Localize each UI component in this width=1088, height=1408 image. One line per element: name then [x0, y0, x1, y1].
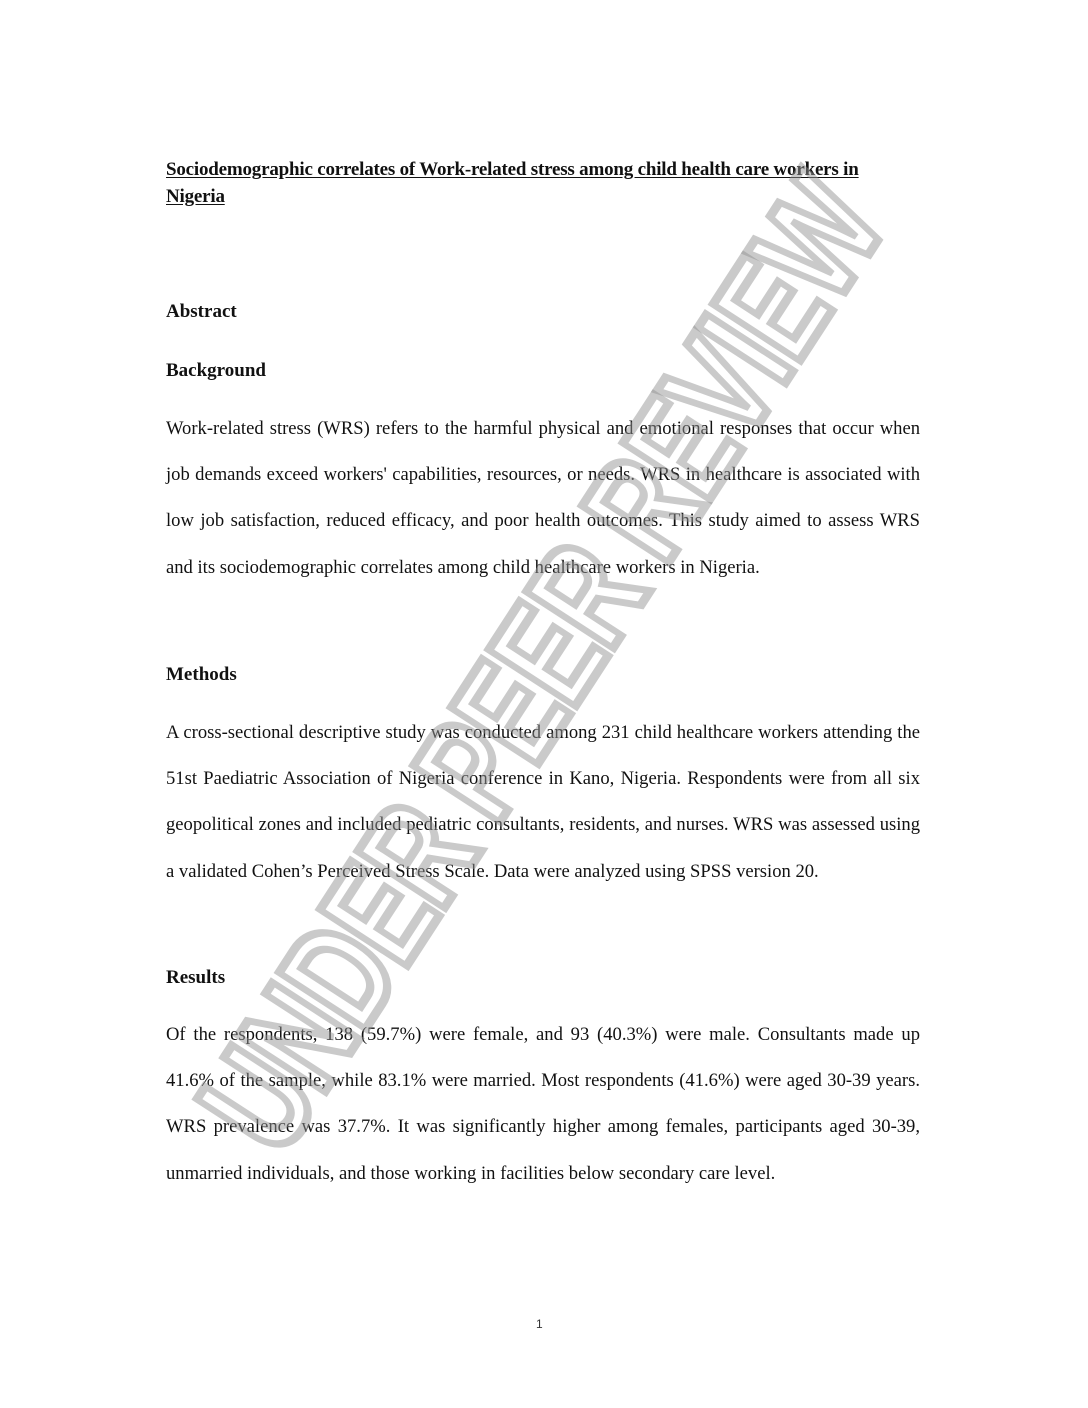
background-heading: Background	[166, 359, 266, 383]
abstract-heading: Abstract	[166, 300, 237, 324]
background-text: Work-related stress (WRS) refers to the …	[166, 406, 920, 591]
results-text: Of the respondents, 138 (59.7%) were fem…	[166, 1012, 920, 1197]
results-heading: Results	[166, 966, 225, 990]
page-number: 1	[536, 1317, 543, 1331]
paper-title: Sociodemographic correlates of Work-rela…	[166, 156, 920, 210]
methods-heading: Methods	[166, 663, 237, 687]
methods-text: A cross-sectional descriptive study was …	[166, 710, 920, 895]
